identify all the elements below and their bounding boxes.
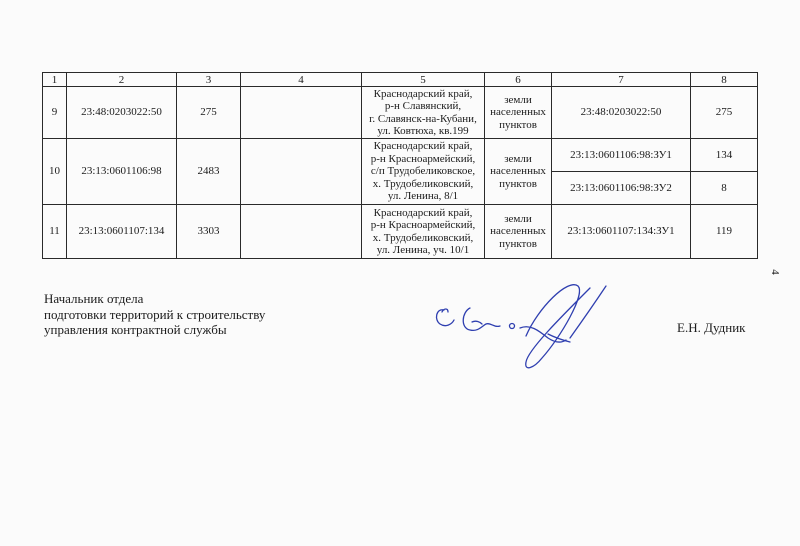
cadastral-number: 23:13:0601107:134	[67, 205, 177, 259]
row-number: 10	[43, 139, 67, 205]
page-number: 4	[769, 269, 781, 275]
signatory-position: Начальник отдела подготовки территорий к…	[44, 291, 265, 338]
header-cell: 2	[67, 73, 177, 87]
plot-area: 2483	[177, 139, 241, 205]
part-area: 275	[691, 87, 758, 139]
col4-cell	[241, 87, 362, 139]
plot-area: 3303	[177, 205, 241, 259]
part-area: 134	[691, 139, 758, 172]
header-cell: 4	[241, 73, 362, 87]
header-cell: 1	[43, 73, 67, 87]
land-plots-table: 1 2 3 4 5 6 7 8 9 23:48:0203022:50 275 К…	[42, 72, 758, 259]
header-cell: 6	[485, 73, 552, 87]
table-header-row: 1 2 3 4 5 6 7 8	[43, 73, 758, 87]
handwritten-signature	[430, 268, 620, 378]
header-cell: 7	[552, 73, 691, 87]
signatory-name: Е.Н. Дудник	[677, 320, 745, 336]
header-cell: 8	[691, 73, 758, 87]
address: Краснодарский край, р-н Славянский, г. С…	[362, 87, 485, 139]
part-id: 23:48:0203022:50	[552, 87, 691, 139]
header-cell: 5	[362, 73, 485, 87]
part-id: 23:13:0601107:134:ЗУ1	[552, 205, 691, 259]
row-number: 9	[43, 87, 67, 139]
land-category: земли населенных пунктов	[485, 87, 552, 139]
part-id: 23:13:0601106:98:ЗУ1	[552, 139, 691, 172]
col4-cell	[241, 205, 362, 259]
cadastral-number: 23:13:0601106:98	[67, 139, 177, 205]
table-row: 10 23:13:0601106:98 2483 Краснодарский к…	[43, 139, 758, 172]
part-area: 119	[691, 205, 758, 259]
part-id: 23:13:0601106:98:ЗУ2	[552, 172, 691, 205]
header-cell: 3	[177, 73, 241, 87]
col4-cell	[241, 139, 362, 205]
address: Краснодарский край, р-н Красноармейский,…	[362, 139, 485, 205]
address: Краснодарский край, р-н Красноармейский,…	[362, 205, 485, 259]
land-category: земли населенных пунктов	[485, 205, 552, 259]
plot-area: 275	[177, 87, 241, 139]
land-category: земли населенных пунктов	[485, 139, 552, 205]
part-area: 8	[691, 172, 758, 205]
table-row: 11 23:13:0601107:134 3303 Краснодарский …	[43, 205, 758, 259]
row-number: 11	[43, 205, 67, 259]
cadastral-number: 23:48:0203022:50	[67, 87, 177, 139]
table-row: 9 23:48:0203022:50 275 Краснодарский кра…	[43, 87, 758, 139]
